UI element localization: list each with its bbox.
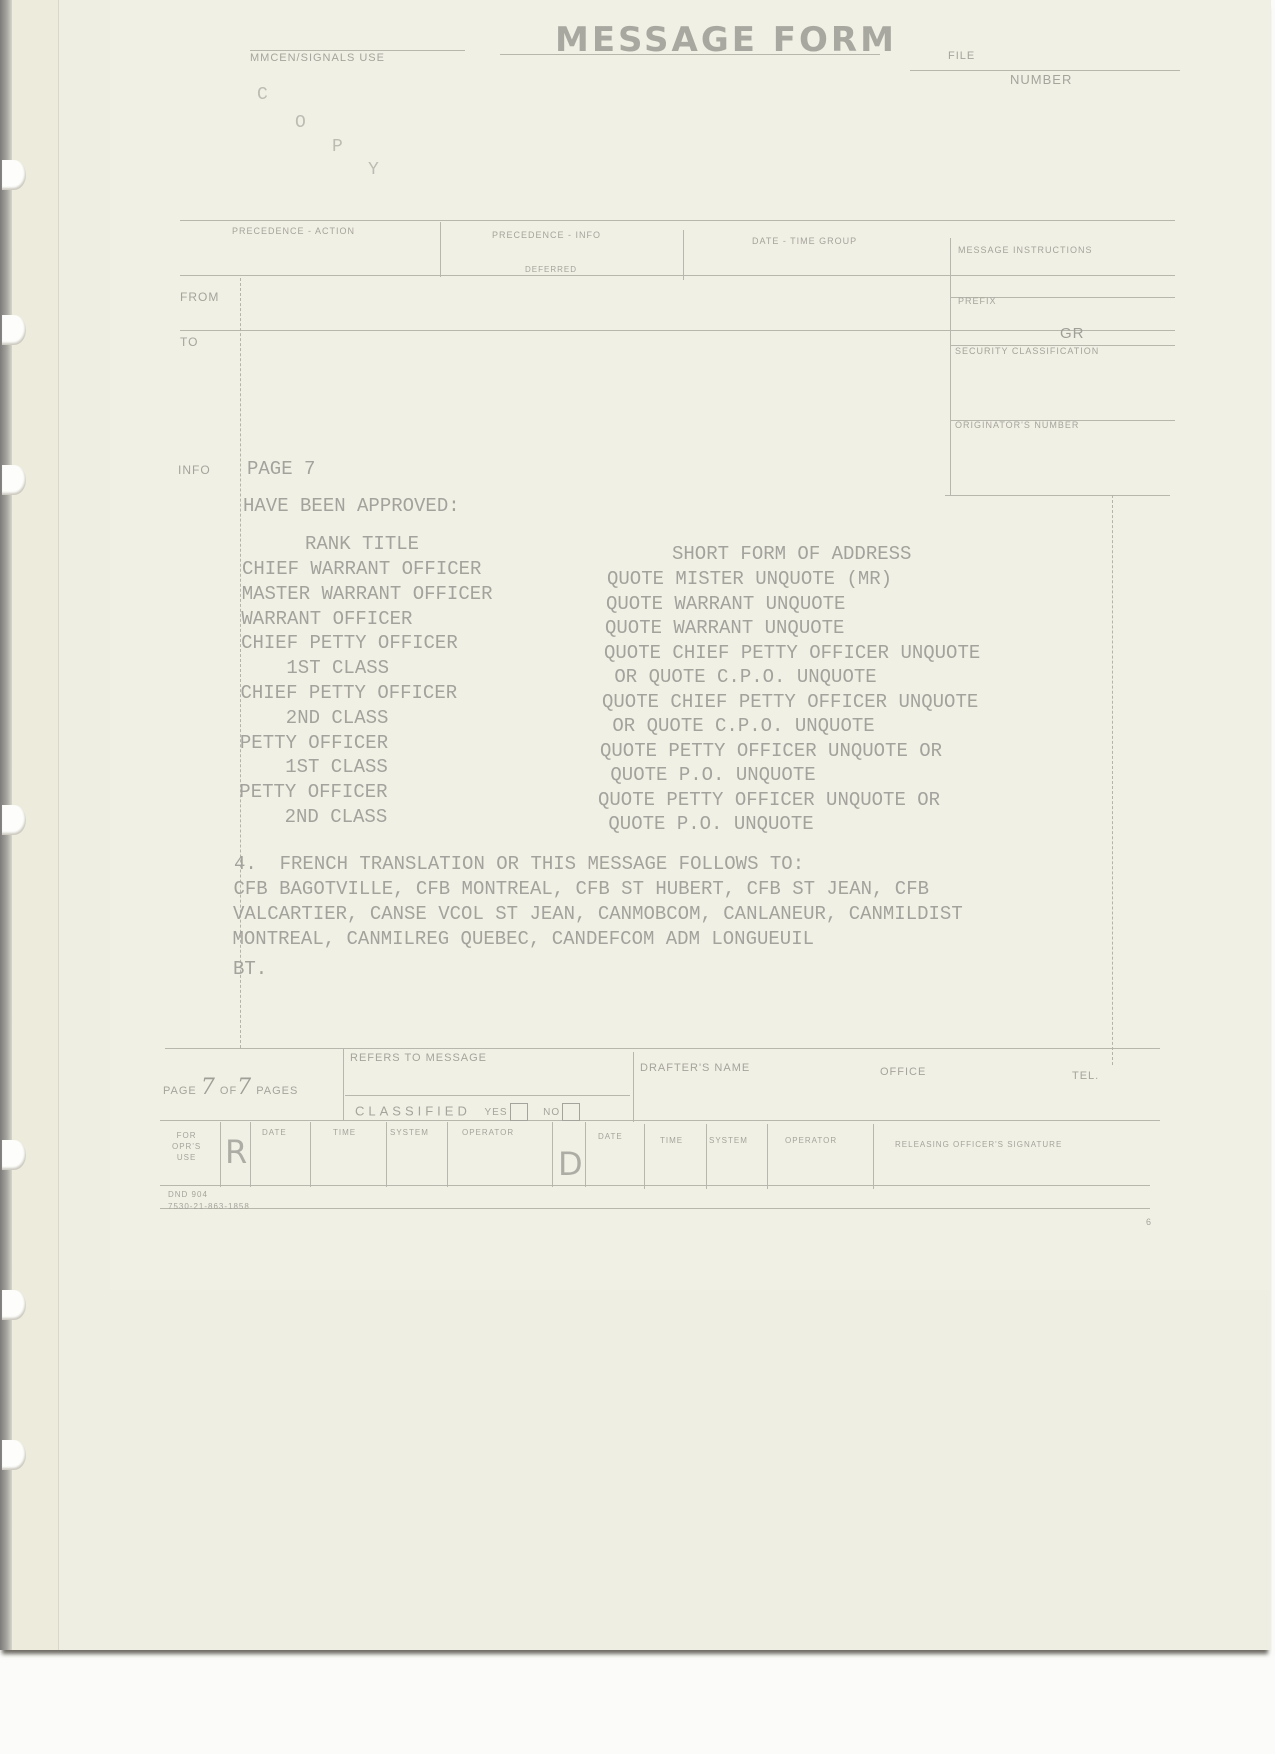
binder-hole-icon	[2, 315, 26, 345]
grid-rule	[345, 1095, 630, 1096]
file-rule	[910, 70, 1180, 71]
grid-rule	[180, 330, 1175, 331]
copy-letter: Y	[368, 160, 379, 180]
binder-hole-icon	[2, 805, 26, 835]
system-label: SYSTEM	[390, 1128, 429, 1137]
page-line: PAGE 7	[247, 458, 315, 480]
document-sheet: MMCEN/SIGNALS USE MESSAGE FORM FILE NUMB…	[0, 0, 1270, 1650]
for-oprs-use-line: USE	[172, 1152, 201, 1163]
operator-label-2: OPERATOR	[785, 1136, 837, 1145]
precedence-action-label: PRECEDENCE - ACTION	[232, 226, 355, 236]
short-form-line: QUOTE CHIEF PETTY OFFICER UNQUOTE	[604, 642, 980, 664]
tel-label: TEL.	[1072, 1070, 1099, 1082]
paragraph-4-line: MONTREAL, CANMILREG QUEBEC, CANDEFCOM AD…	[233, 928, 815, 950]
rank-title-line: CHIEF WARRANT OFFICER	[242, 558, 481, 580]
to-label: TO	[180, 335, 198, 349]
classified-yes-checkbox[interactable]	[510, 1103, 528, 1121]
grid-rule	[310, 1122, 311, 1187]
grid-rule	[160, 1208, 1150, 1209]
grid-rule	[552, 1122, 553, 1187]
rank-title-line: 1ST CLASS	[240, 756, 388, 778]
time-label-2: TIME	[660, 1136, 683, 1145]
date-label: DATE	[262, 1128, 287, 1137]
short-form-line: QUOTE PETTY OFFICER UNQUOTE OR	[598, 789, 940, 811]
page-of-pages: PAGE 7 OF7 PAGES	[163, 1075, 298, 1100]
office-label: OFFICE	[880, 1066, 926, 1078]
short-form-line: QUOTE CHIEF PETTY OFFICER UNQUOTE	[602, 691, 978, 713]
total-pages: 7	[237, 1075, 252, 1100]
rank-title-line: 2ND CLASS	[239, 806, 387, 828]
grid-rule	[160, 1185, 1150, 1186]
rank-title-line: 1ST CLASS	[241, 657, 389, 679]
binder-hole-icon	[2, 1290, 26, 1320]
copy-letter: P	[332, 137, 343, 157]
rank-title-header: RANK TITLE	[305, 533, 419, 555]
grid-rule	[250, 1122, 251, 1187]
yes-label: YES	[484, 1107, 507, 1118]
short-form-line: QUOTE P.O. UNQUOTE	[597, 813, 814, 835]
paragraph-4-line: CFB BAGOTVILLE, CFB MONTREAL, CFB ST HUB…	[234, 878, 930, 900]
classified-label: CLASSIFIED	[355, 1103, 471, 1118]
grid-rule	[945, 495, 1170, 496]
classified-field: CLASSIFIED YES NO	[355, 1103, 580, 1121]
operator-label: OPERATOR	[462, 1128, 514, 1137]
refers-to-message-label: REFERS TO MESSAGE	[350, 1052, 487, 1064]
precedence-info-label: PRECEDENCE - INFO	[492, 230, 601, 240]
binder-hole-icon	[2, 465, 26, 495]
d-letter: D	[558, 1145, 583, 1183]
grid-rule	[180, 220, 1175, 221]
system-label-2: SYSTEM	[709, 1136, 748, 1145]
rank-title-line: CHIEF PETTY OFFICER	[241, 632, 458, 654]
copy-letter: C	[257, 85, 268, 105]
rank-title-line: PETTY OFFICER	[239, 781, 387, 803]
date-time-group-label: DATE - TIME GROUP	[752, 236, 857, 246]
grid-rule	[180, 275, 1175, 276]
binder-hole-icon	[2, 1140, 26, 1170]
stock-number: 7530-21-863-1858	[168, 1202, 250, 1211]
no-label: NO	[543, 1107, 560, 1118]
file-label: FILE	[948, 50, 975, 62]
grid-rule	[447, 1122, 448, 1187]
copy-letter: O	[295, 113, 306, 133]
short-form-line: OR QUOTE C.P.O. UNQUOTE	[603, 666, 877, 688]
grid-rule	[950, 238, 951, 495]
info-label: INFO	[178, 463, 211, 477]
short-form-line: QUOTE MISTER UNQUOTE (MR)	[607, 568, 892, 590]
grid-rule	[440, 222, 441, 277]
grid-rule	[767, 1124, 768, 1189]
grid-rule	[683, 230, 684, 280]
from-label: FROM	[180, 290, 219, 304]
time-label: TIME	[333, 1128, 356, 1137]
rank-title-line: PETTY OFFICER	[240, 732, 388, 754]
for-oprs-use-line: FOR	[172, 1130, 201, 1141]
drafters-name-label: DRAFTER'S NAME	[640, 1062, 750, 1074]
releasing-signature-label: RELEASING OFFICER'S SIGNATURE	[895, 1140, 1062, 1149]
for-oprs-use-line: OPR'S	[172, 1141, 201, 1152]
rank-title-line: MASTER WARRANT OFFICER	[242, 583, 493, 605]
grid-rule	[220, 1122, 221, 1187]
page-number: 7	[201, 1075, 216, 1100]
short-form-line: QUOTE P.O. UNQUOTE	[599, 764, 816, 786]
security-classification-label: SECURITY CLASSIFICATION	[955, 346, 1099, 356]
for-oprs-use-label: FOR OPR'S USE	[172, 1130, 201, 1163]
prefix-label: PREFIX	[958, 296, 997, 306]
form-title: MESSAGE FORM	[555, 20, 897, 60]
binder-hole-icon	[2, 160, 26, 190]
grid-rule	[644, 1124, 645, 1189]
corner-mark: 6	[1146, 1217, 1152, 1227]
binder-hole-icon	[2, 1440, 26, 1470]
short-form-line: QUOTE PETTY OFFICER UNQUOTE OR	[600, 740, 942, 762]
intro-line: HAVE BEEN APPROVED:	[243, 495, 460, 517]
grid-rule	[585, 1122, 586, 1187]
of-label: OF	[220, 1085, 237, 1097]
deferred-label: DEFERRED	[525, 265, 577, 274]
form-code: DND 904	[168, 1190, 208, 1199]
originators-number-label: ORIGINATOR'S NUMBER	[955, 420, 1079, 430]
number-label: NUMBER	[1010, 72, 1072, 87]
grid-rule	[343, 1048, 344, 1120]
rank-title-line: WARRANT OFFICER	[241, 608, 412, 630]
closing-bt: BT.	[233, 958, 267, 980]
short-form-line: QUOTE WARRANT UNQUOTE	[605, 617, 844, 639]
short-form-line: QUOTE WARRANT UNQUOTE	[606, 593, 845, 615]
short-form-line: OR QUOTE C.P.O. UNQUOTE	[601, 715, 875, 737]
message-instructions-label: MESSAGE INSTRUCTIONS	[958, 245, 1093, 255]
pages-label: PAGES	[256, 1085, 298, 1097]
classified-no-checkbox[interactable]	[562, 1103, 580, 1121]
short-form-header: SHORT FORM OF ADDRESS	[672, 543, 911, 565]
grid-rule	[873, 1124, 874, 1189]
header-rule	[250, 50, 465, 51]
grid-rule	[386, 1122, 387, 1187]
rank-title-line: 2ND CLASS	[240, 707, 388, 729]
grid-rule	[165, 1048, 1160, 1049]
grid-rule	[633, 1052, 634, 1122]
page-prefix: PAGE	[163, 1085, 197, 1097]
prefix-value: GR	[1060, 325, 1085, 342]
grid-rule	[706, 1124, 707, 1189]
date-label-2: DATE	[598, 1132, 623, 1141]
paragraph-4-line: 4. FRENCH TRANSLATION OR THIS MESSAGE FO…	[234, 853, 804, 875]
grid-rule	[1112, 495, 1113, 1065]
signals-use-label: MMCEN/SIGNALS USE	[250, 52, 385, 64]
grid-rule	[160, 1120, 1160, 1121]
rank-title-line: CHIEF PETTY OFFICER	[241, 682, 458, 704]
paragraph-4-line: VALCARTIER, CANSE VCOL ST JEAN, CANMOBCO…	[233, 903, 963, 925]
r-letter: R	[225, 1133, 247, 1171]
